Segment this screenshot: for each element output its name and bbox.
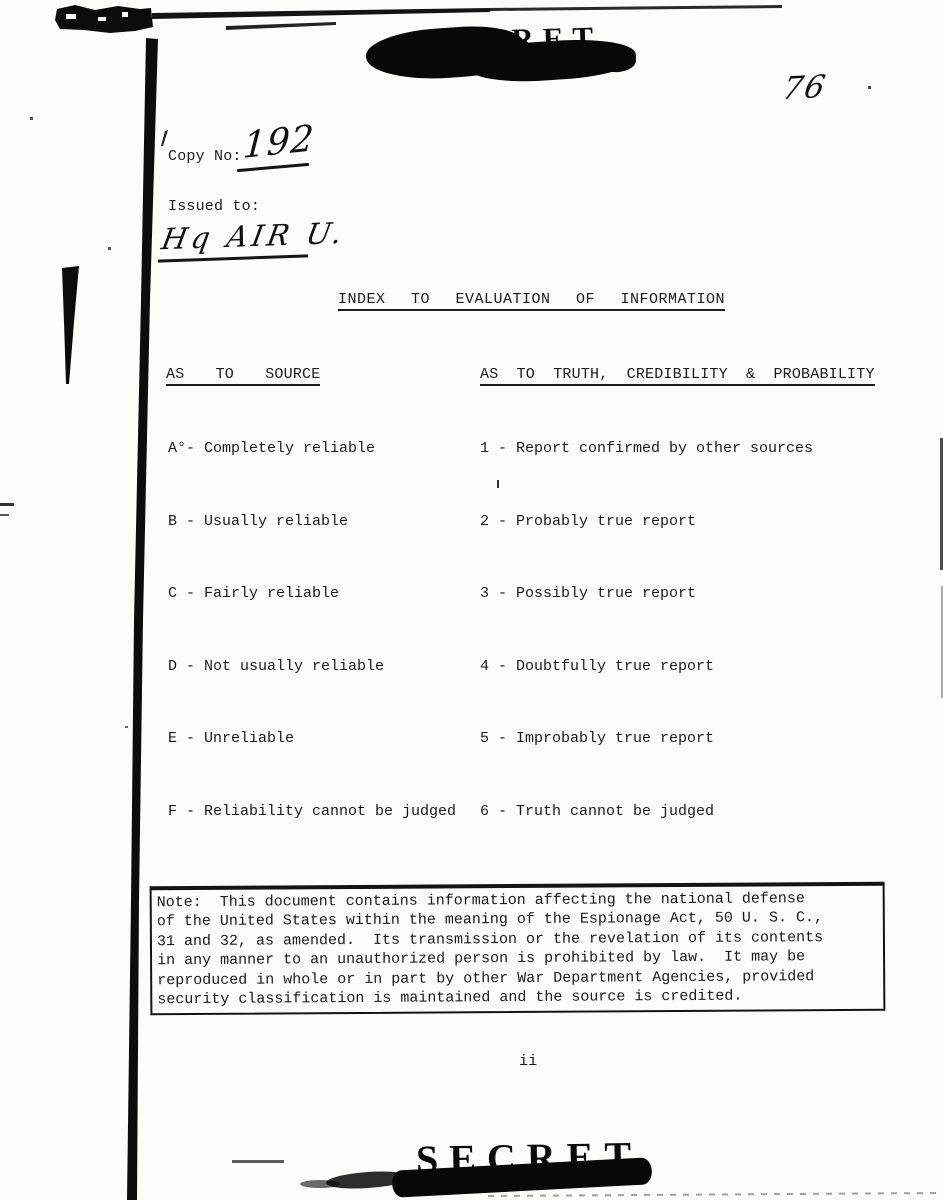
speck <box>108 247 111 250</box>
source-item: F - Reliability cannot be judged <box>168 803 456 842</box>
bottom-smudge <box>232 1160 284 1163</box>
truth-item: 6 - Truth cannot be judged <box>480 803 813 842</box>
handwritten-page-number: 76 <box>779 69 829 108</box>
speck <box>868 86 871 89</box>
top-streak-short <box>226 22 336 30</box>
truth-item: 2 - Probably true report <box>480 513 813 552</box>
top-left-ink-blob <box>55 5 153 33</box>
security-note-box: Note: This document contains information… <box>150 882 886 1016</box>
source-item: D - Not usually reliable <box>168 658 456 697</box>
top-streak-thin <box>490 5 782 11</box>
speck <box>125 726 128 728</box>
note-line: security classification is maintained an… <box>157 986 879 1010</box>
truth-column-heading: AS TO TRUTH, CREDIBILITY & PROBABILITY <box>480 366 875 386</box>
left-margin-ink-mark <box>62 266 79 384</box>
page-number: ii <box>519 1053 537 1070</box>
top-streak-thick <box>152 8 490 19</box>
source-column: A°- Completely reliable B - Usually reli… <box>168 406 456 875</box>
truth-column: 1 - Report confirmed by other sources 2 … <box>480 406 813 875</box>
truth-item: 5 - Improbably true report <box>480 730 813 769</box>
source-column-heading: AS TO SOURCE <box>166 366 320 386</box>
bottom-scan-line <box>488 1193 943 1196</box>
issued-to-label: Issued to: <box>168 198 260 215</box>
truth-item: 4 - Doubtfully true report <box>480 658 813 697</box>
left-edge-dash <box>0 503 14 506</box>
left-edge-dash <box>0 514 9 516</box>
issued-to-handwritten: Hq AIR U. <box>159 216 348 257</box>
truth-item: 1 - Report confirmed by other sources <box>480 440 813 479</box>
scanned-document-page: SECRET 76 Copy No: 192 Issued to: Hq AIR… <box>0 0 943 1200</box>
stray-pen-mark <box>161 130 168 146</box>
copy-no-label: Copy No: <box>168 148 242 165</box>
copy-no-handwritten: 192 <box>242 118 316 167</box>
document-title: INDEX TO EVALUATION OF INFORMATION <box>338 291 725 311</box>
truth-item: 3 - Possibly true report <box>480 585 813 624</box>
issued-to-underline <box>158 254 308 262</box>
source-item: B - Usually reliable <box>168 513 456 552</box>
redaction-smear <box>300 1180 340 1188</box>
source-item: A°- Completely reliable <box>168 440 456 479</box>
source-item: C - Fairly reliable <box>168 585 456 624</box>
speck <box>30 117 33 120</box>
binding-fold-line <box>127 38 158 1200</box>
source-item: E - Unreliable <box>168 730 456 769</box>
